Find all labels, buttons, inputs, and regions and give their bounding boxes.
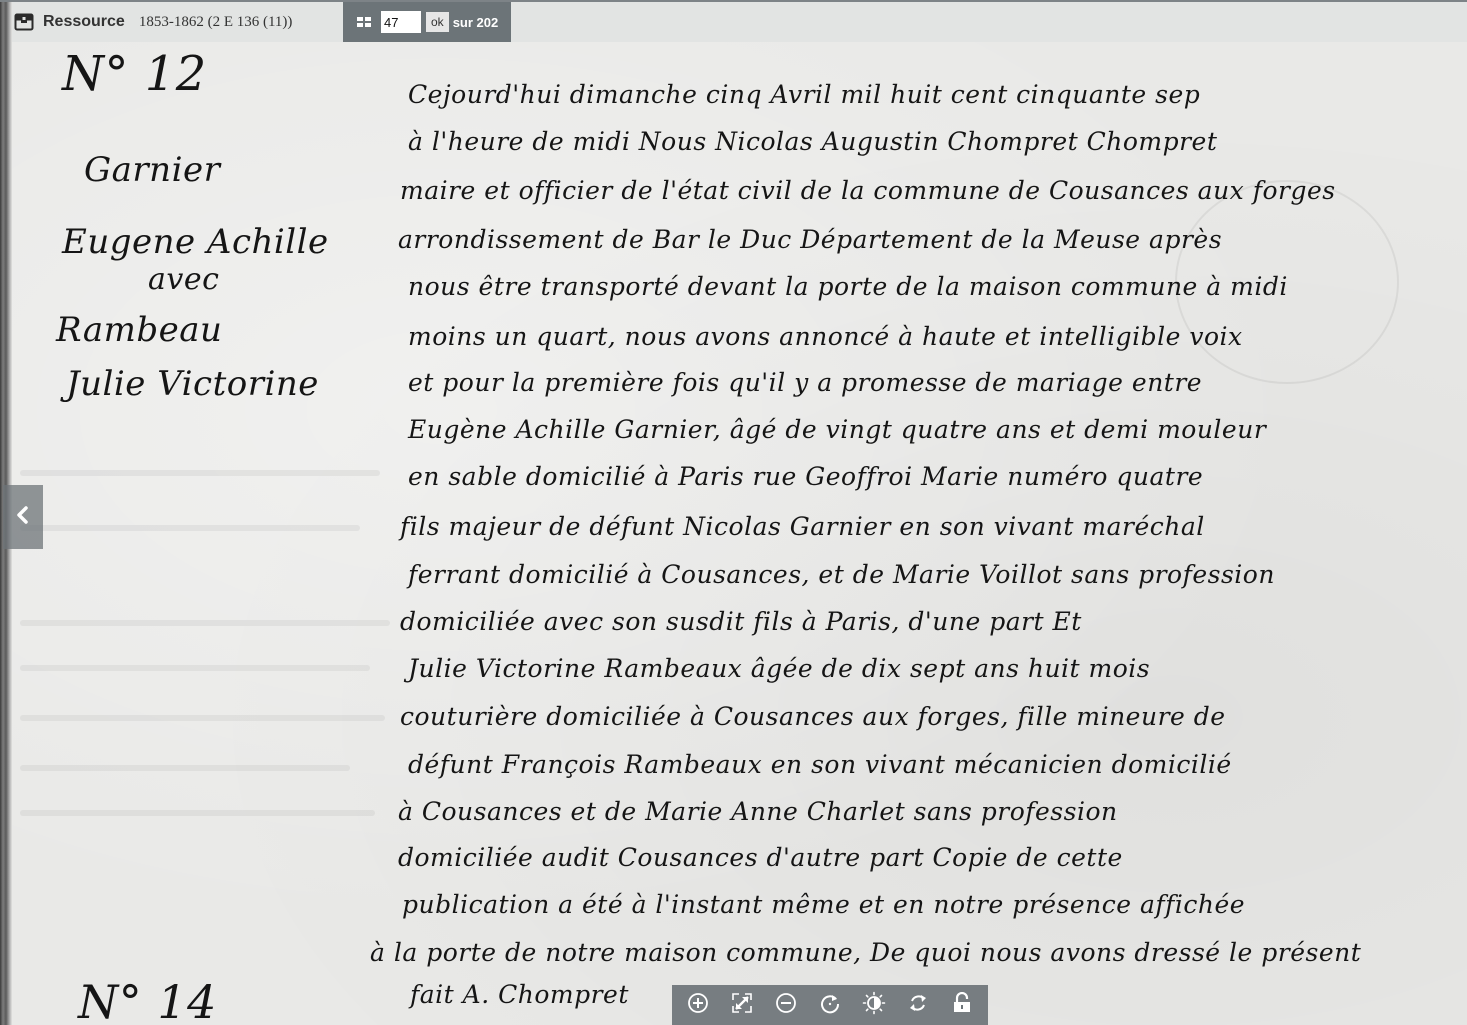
document-line: publication a été à l'instant même et en… [402, 890, 1245, 919]
document-line: domiciliée avec son susdit fils à Paris,… [400, 607, 1082, 636]
document-line: arrondissement de Bar le Duc Département… [398, 225, 1222, 254]
expand-arrows-icon [731, 992, 753, 1019]
total-pages-label: sur 202 [453, 15, 499, 30]
zoom-out-button[interactable] [772, 991, 800, 1019]
document-line: Julie Victorine Rambeaux âgée de dix sep… [408, 654, 1150, 683]
margin-avec: avec [148, 262, 219, 297]
document-line: à l'heure de midi Nous Nicolas Augustin … [408, 127, 1217, 156]
plus-circle-icon [687, 992, 709, 1019]
go-to-page-button[interactable]: ok [426, 12, 449, 32]
document-line: à la porte de notre maison commune, De q… [370, 938, 1361, 967]
margin-surname-bride: Rambeau [56, 310, 222, 350]
rotate-button[interactable] [816, 991, 844, 1019]
document-line: domiciliée audit Cousances d'autre part … [398, 843, 1123, 872]
margin-firstname-bride: Julie Victorine [66, 364, 319, 404]
document-line: fils majeur de défunt Nicolas Garnier en… [400, 512, 1205, 541]
document-line: à Cousances et de Marie Anne Charlet san… [398, 797, 1118, 826]
unlock-icon [952, 992, 972, 1019]
bleed-through [20, 470, 380, 476]
bleed-through [20, 715, 385, 721]
document-line: en sable domicilié à Paris rue Geoffroi … [408, 462, 1203, 491]
page-navigator: ok sur 202 [343, 2, 511, 42]
bleed-through [20, 525, 360, 531]
margin-firstname-groom: Eugene Achille [62, 222, 329, 262]
scanned-register-page[interactable]: N° 12 Garnier Eugene Achille avec Rambea… [0, 0, 1467, 1025]
bleed-through [20, 665, 370, 671]
minus-circle-icon [775, 992, 797, 1019]
image-toolbar [672, 985, 988, 1025]
document-line: maire et officier de l'état civil de la … [400, 176, 1336, 205]
document-line: Cejourd'hui dimanche cinq Avril mil huit… [408, 80, 1200, 109]
document-line: nous être transporté devant la porte de … [408, 272, 1288, 301]
margin-surname-groom: Garnier [84, 150, 220, 190]
resource-subtitle: 1853-1862 (2 E 136 (11)) [139, 14, 293, 31]
resource-title-group: Ressource 1853-1862 (2 E 136 (11)) [12, 2, 292, 42]
resource-label: Ressource [43, 13, 125, 31]
lock-button[interactable] [948, 991, 976, 1019]
document-line: et pour la première fois qu'il y a prome… [408, 368, 1202, 397]
contrast-button[interactable] [860, 991, 888, 1019]
next-entry-number: N° 14 [78, 975, 217, 1025]
chevron-left-icon [16, 506, 30, 529]
archive-box-icon [14, 12, 34, 32]
document-line: fait A. Chompret [410, 980, 629, 1009]
document-line: moins un quart, nous avons annoncé à hau… [408, 322, 1243, 351]
image-viewer[interactable]: N° 12 Garnier Eugene Achille avec Rambea… [0, 0, 1467, 1025]
resource-header: Ressource 1853-1862 (2 E 136 (11)) ok su… [12, 2, 1467, 42]
fit-screen-button[interactable] [728, 991, 756, 1019]
document-line: Eugène Achille Garnier, âgé de vingt qua… [408, 415, 1266, 444]
document-line: couturière domiciliée à Cousances aux fo… [400, 702, 1226, 731]
refresh-icon [907, 992, 929, 1019]
reset-button[interactable] [904, 991, 932, 1019]
entry-number: N° 12 [62, 46, 207, 102]
brightness-contrast-icon [862, 991, 886, 1020]
rotate-clockwise-icon [819, 992, 841, 1019]
page-number-input[interactable] [381, 11, 421, 33]
previous-page-button[interactable] [3, 485, 43, 549]
document-line: ferrant domicilié à Cousances, et de Mar… [408, 560, 1275, 589]
bleed-through [20, 620, 390, 626]
document-line: défunt François Rambeaux en son vivant m… [408, 750, 1232, 779]
bleed-through [20, 810, 375, 816]
thumbnails-grid-icon[interactable] [357, 17, 371, 27]
bleed-through [20, 765, 350, 771]
zoom-in-button[interactable] [684, 991, 712, 1019]
